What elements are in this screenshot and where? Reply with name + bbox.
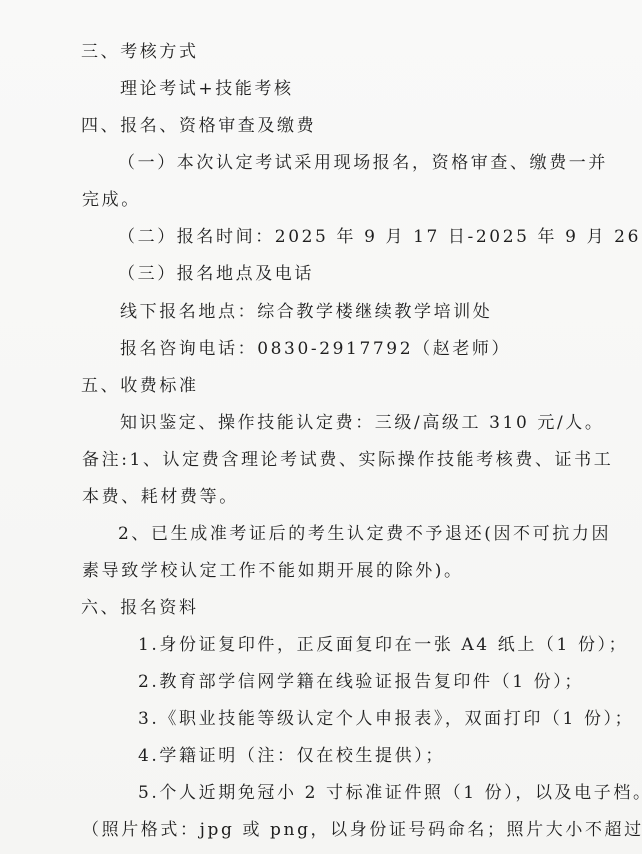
material-item-3: 3.《职业技能等级认定个人申报表》，双面打印（1 份）； <box>138 701 634 738</box>
assessment-method-text: 理论考试+技能考核 <box>120 71 294 108</box>
fee-standard: 知识鉴定、操作技能认定费：三级/高级工 310 元/人。 <box>120 405 605 442</box>
section-heading-registration: 四、报名、资格审查及缴费 <box>81 108 316 145</box>
material-item-5: 5.个人近期免冠小 2 寸标准证件照（1 份），以及电子档。 <box>138 775 642 812</box>
material-item-1: 1.身份证复印件，正反面复印在一张 A4 纸上（1 份）； <box>138 627 628 664</box>
registration-location: 线下报名地点：综合教学楼继续教学培训处 <box>120 294 492 331</box>
registration-location-heading: （三）报名地点及电话 <box>118 256 314 293</box>
fee-note-2-cont: 素导致学校认定工作不能如期开展的除外)。 <box>82 553 464 590</box>
fee-note-2: 2、已生成准考证后的考生认定费不予退还(因不可抗力因 <box>118 516 611 553</box>
registration-time: （二）报名时间：2025 年 9 月 17 日-2025 年 9 月 26 日。 <box>118 219 642 256</box>
registration-phone: 报名咨询电话：0830-2917792（赵老师） <box>120 331 511 368</box>
photo-format-note: （照片格式：jpg 或 png，以身份证号码命名；照片大小不超过 <box>82 812 642 849</box>
section-heading-fees: 五、收费标准 <box>81 368 199 405</box>
section-heading-materials: 六、报名资料 <box>81 590 199 627</box>
document-page: 三、考核方式 理论考试+技能考核 四、报名、资格审查及缴费 （一）本次认定考试采… <box>0 0 642 854</box>
material-item-2: 2.教育部学信网学籍在线验证报告复印件（1 份）； <box>138 664 584 701</box>
registration-item-1: （一）本次认定考试采用现场报名，资格审查、缴费一并 <box>118 145 608 182</box>
section-heading-assessment-method: 三、考核方式 <box>81 34 199 71</box>
fee-note-1: 备注:1、认定费含理论考试费、实际操作技能考核费、证书工 <box>82 442 613 479</box>
fee-note-1-cont: 本费、耗材费等。 <box>82 479 239 516</box>
registration-item-1-cont: 完成。 <box>82 182 141 219</box>
material-item-4: 4.学籍证明（注：仅在校生提供）； <box>138 738 445 775</box>
